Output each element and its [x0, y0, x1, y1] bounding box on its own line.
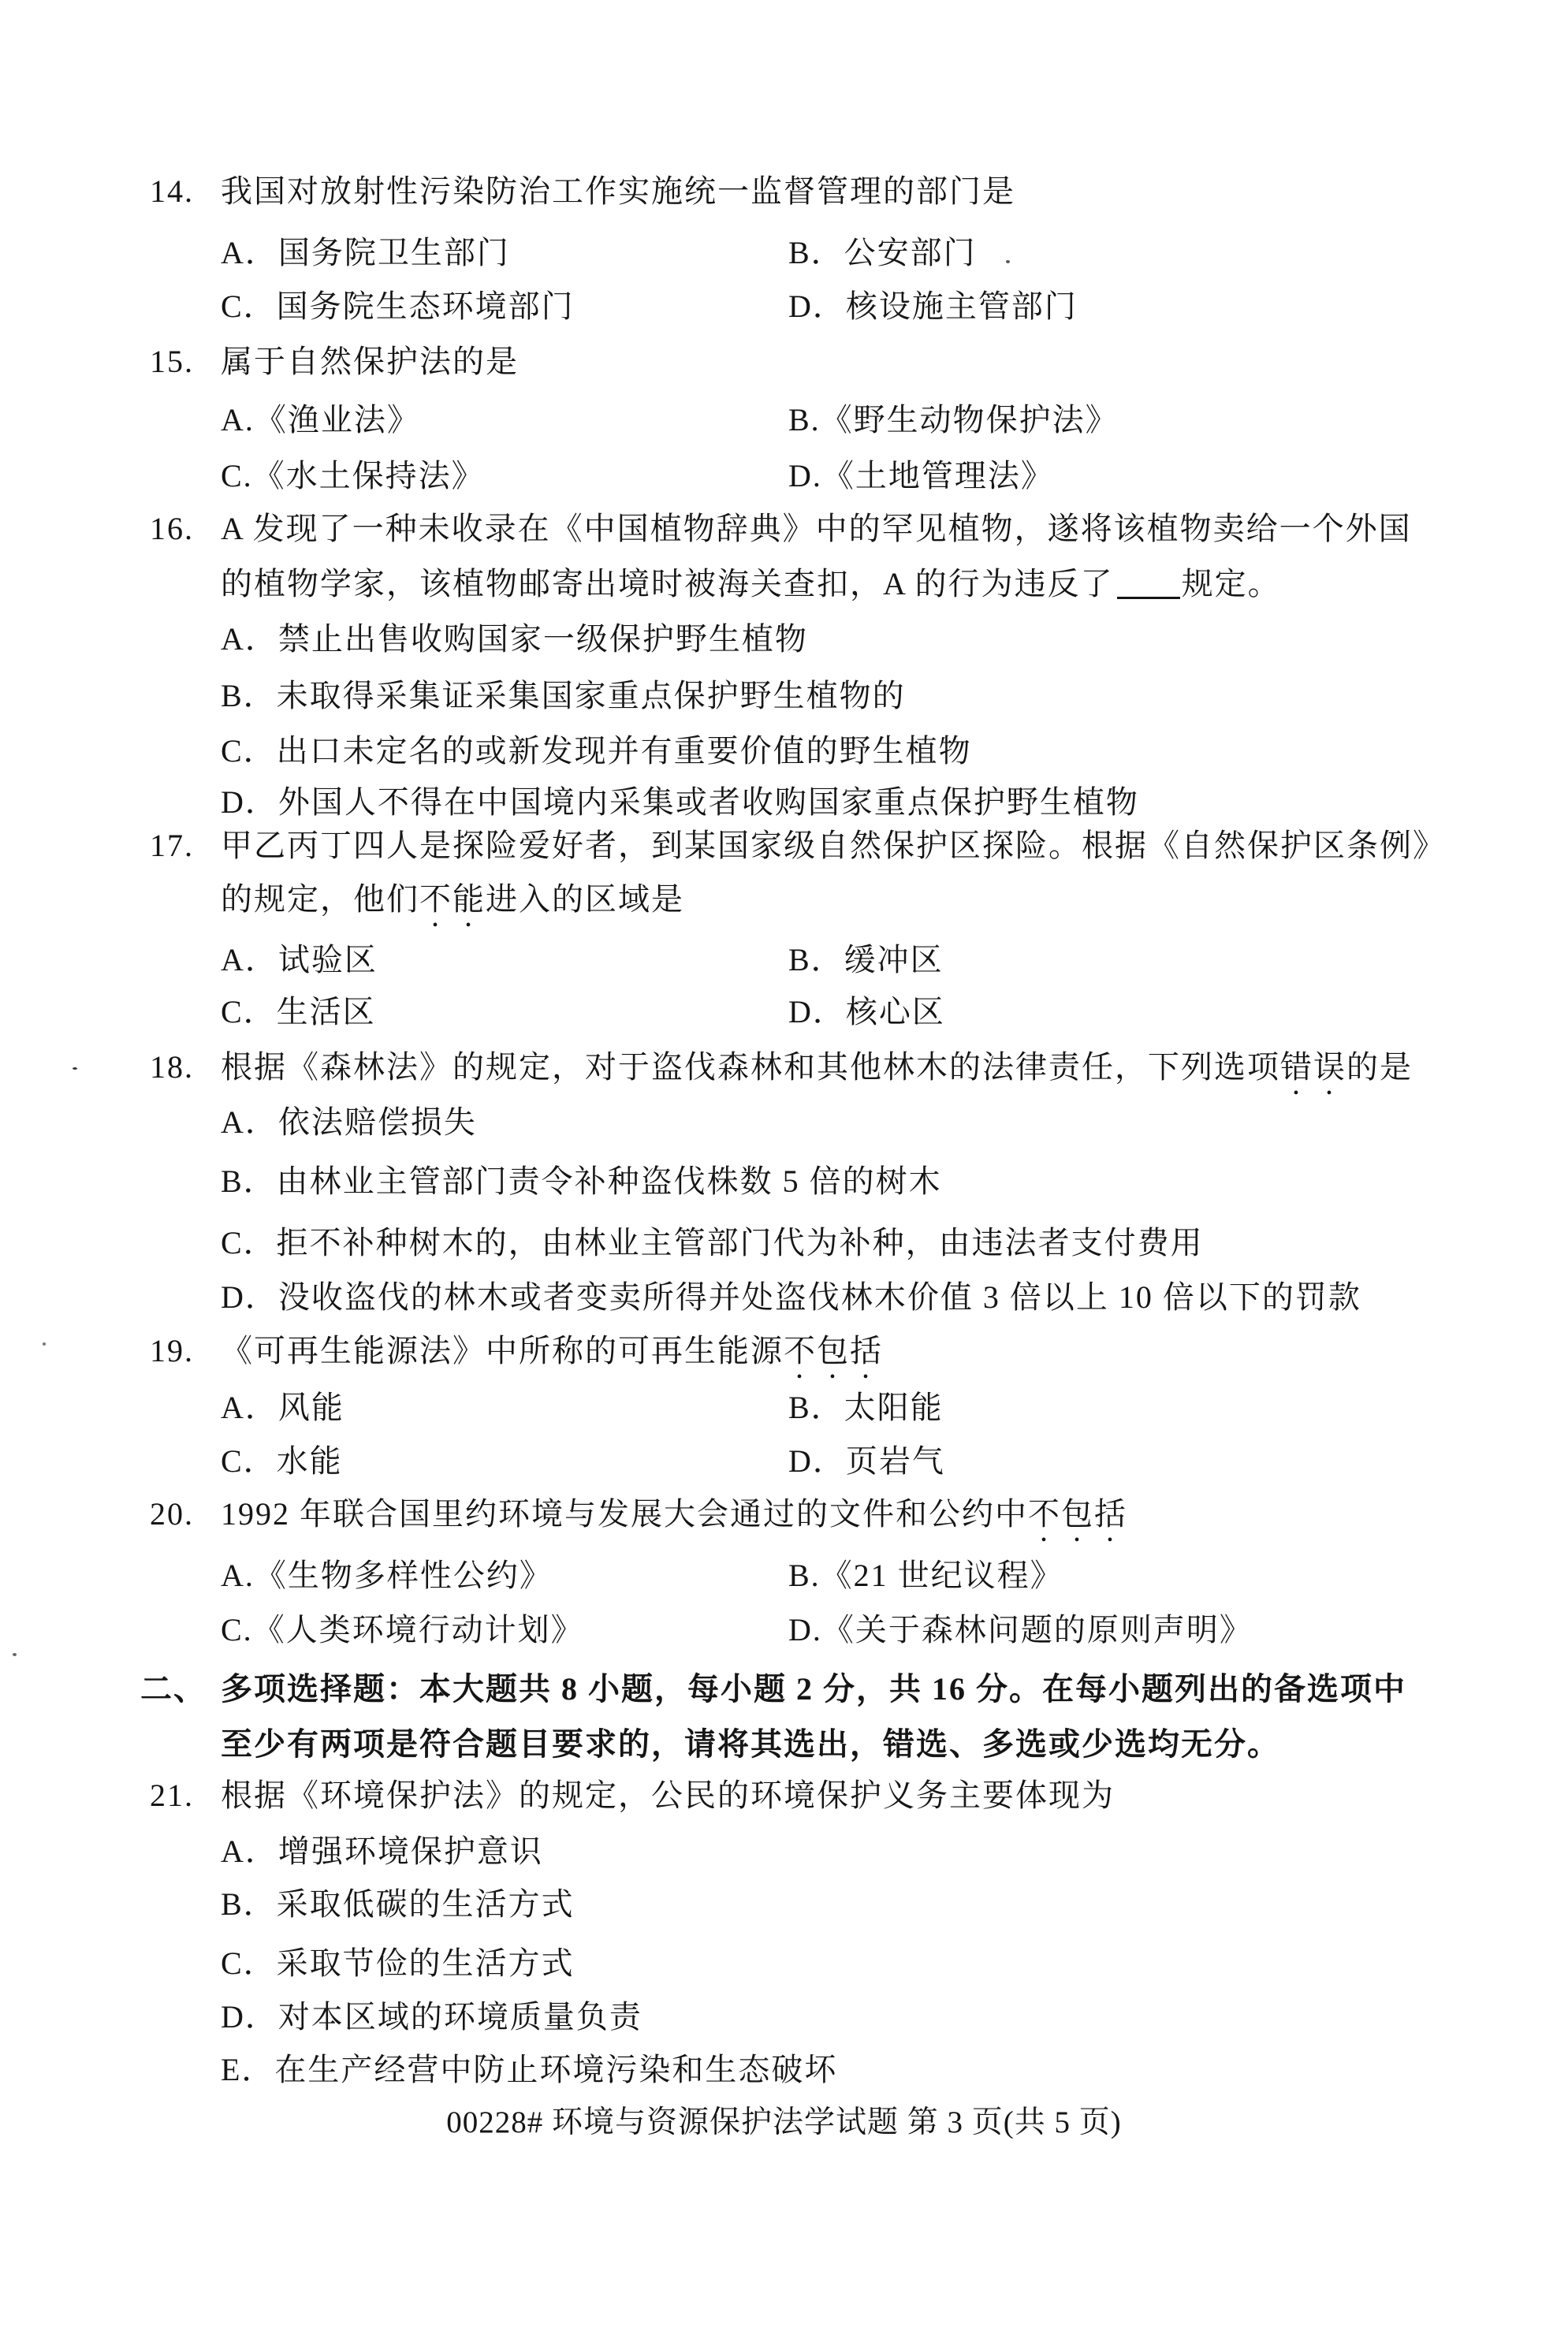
emphasized-text: 错误 [1280, 1049, 1346, 1085]
q19-options-ab-right: B．太阳能 [788, 1388, 944, 1428]
q20-options-cd-left: C.《人类环境行动计划》 [221, 1610, 584, 1650]
q18-option-a: A．依法赔偿损失 [0, 1103, 1568, 1145]
q15-options-ab: A.《渔业法》B.《野生动物保护法》 [0, 400, 1568, 443]
q16-option-b-text: B．未取得采集证采集国家重点保护野生植物的 [221, 676, 906, 716]
q15-options-cd: C.《水土保持法》D.《土地管理法》 [0, 456, 1568, 499]
emphasized-text: 不能 [419, 881, 486, 917]
q16-option-c: C．出口未定名的或新发现并有重要价值的野生植物 [0, 732, 1568, 774]
q16-option-d-text: D．外国人不得在中国境内采集或者收购国家重点保护野生植物 [221, 783, 1139, 822]
q16-option-d: D．外国人不得在中国境内采集或者收购国家重点保护野生植物 [0, 783, 1568, 825]
q19-options-cd: C．水能D．页岩气 [0, 1442, 1568, 1484]
q16-option-b: B．未取得采集证采集国家重点保护野生植物的 [0, 676, 1568, 719]
question-16-line-2-text: 的植物学家，该植物邮寄出境时被海关查扣，A 的行为违反了规定。 [221, 564, 1281, 604]
q18-option-c-text: C．拒不补种树木的，由林业主管部门代为补种，由违法者支付费用 [221, 1223, 1204, 1263]
question-16-line-2: 的植物学家，该植物邮寄出境时被海关查扣，A 的行为违反了规定。 [0, 564, 1568, 607]
q21-option-d-text: D．对本区域的环境质量负责 [221, 1997, 642, 2037]
question-14-number: 14. [150, 172, 194, 211]
q17-options-ab-right: B．缓冲区 [788, 940, 944, 980]
q15-options-cd-left: C.《水土保持法》 [221, 456, 485, 496]
q14-options-cd-left: C．国务院生态环境部门 [221, 287, 575, 326]
question-17-line-2: 的规定，他们不能进入的区域是 [0, 880, 1568, 922]
question-17-line-1-number: 17. [150, 826, 194, 866]
section-2-heading-line-1-text: 多项选择题：本大题共 8 小题，每小题 2 分，共 16 分。在每小题列出的备选… [221, 1670, 1406, 1709]
q21-option-a: A．增强环境保护意识 [0, 1832, 1568, 1874]
q21-option-c-text: C．采取节俭的生活方式 [221, 1944, 575, 1983]
section-2-heading-line-1-number: 二、 [140, 1670, 207, 1709]
q17-options-cd: C．生活区D．核心区 [0, 992, 1568, 1035]
question-14-text: 我国对放射性污染防治工作实施统一监督管理的部门是 [221, 172, 1015, 211]
q21-option-a-text: A．增强环境保护意识 [221, 1832, 543, 1871]
section-2-heading-line-1: 二、多项选择题：本大题共 8 小题，每小题 2 分，共 16 分。在每小题列出的… [0, 1670, 1568, 1712]
question-15: 15.属于自然保护法的是 [0, 342, 1568, 385]
question-20-number: 20. [150, 1495, 194, 1534]
question-18-text: 根据《森林法》的规定，对于盗伐森林和其他林木的法律责任，下列选项错误的是 [221, 1048, 1413, 1102]
question-16-line-1: 16.A 发现了一种未收录在《中国植物辞典》中的罕见植物，遂将该植物卖给一个外国 [0, 509, 1568, 552]
q20-options-ab-right: B.《21 世纪议程》 [788, 1556, 1063, 1595]
q21-option-b: B．采取低碳的生活方式 [0, 1885, 1568, 1927]
q20-options-ab-left: A.《生物多样性公约》 [221, 1556, 553, 1595]
q21-option-e-text: E．在生产经营中防止环境污染和生态破坏 [221, 2050, 837, 2090]
question-16-line-1-number: 16. [150, 509, 194, 549]
scan-speck [43, 1342, 46, 1346]
q21-option-d: D．对本区域的环境质量负责 [0, 1997, 1568, 2040]
q18-option-a-text: A．依法赔偿损失 [221, 1103, 477, 1142]
q18-option-d: D．没收盗伐的林木或者变卖所得并处盗伐林木价值 3 倍以上 10 倍以下的罚款 [0, 1278, 1568, 1320]
scan-speck [13, 1653, 17, 1656]
q15-options-cd-right: D.《土地管理法》 [788, 456, 1054, 496]
q14-options-ab-left: A．国务院卫生部门 [221, 233, 510, 273]
emphasized-text: 不包括 [784, 1333, 883, 1368]
q15-options-ab-left: A.《渔业法》 [221, 400, 420, 440]
section-2-heading-line-2: 至少有两项是符合题目要求的，请将其选出，错选、多选或少选均无分。 [0, 1725, 1568, 1767]
q17-options-cd-right: D．核心区 [788, 992, 945, 1032]
question-20: 20.1992 年联合国里约环境与发展大会通过的文件和公约中不包括 [0, 1495, 1568, 1537]
q16-option-a-text: A．禁止出售收购国家一级保护野生植物 [221, 620, 808, 659]
q16-option-c-text: C．出口未定名的或新发现并有重要价值的野生植物 [221, 732, 972, 771]
question-17-line-2-text: 的规定，他们不能进入的区域是 [221, 880, 684, 934]
q18-option-c: C．拒不补种树木的，由林业主管部门代为补种，由违法者支付费用 [0, 1223, 1568, 1266]
scan-speck [73, 1067, 77, 1070]
q19-options-ab-left: A．风能 [221, 1388, 345, 1428]
q14-options-cd: C．国务院生态环境部门D．核设施主管部门 [0, 287, 1568, 329]
question-18: 18.根据《森林法》的规定，对于盗伐森林和其他林木的法律责任，下列选项错误的是 [0, 1048, 1568, 1090]
q20-options-cd: C.《人类环境行动计划》D.《关于森林问题的原则声明》 [0, 1610, 1568, 1653]
question-19-text: 《可再生能源法》中所称的可再生能源不包括 [221, 1331, 883, 1386]
q21-option-b-text: B．采取低碳的生活方式 [221, 1885, 575, 1924]
q20-options-ab: A.《生物多样性公约》B.《21 世纪议程》 [0, 1556, 1568, 1599]
q21-option-e: E．在生产经营中防止环境污染和生态破坏 [0, 2050, 1568, 2093]
q21-option-c: C．采取节俭的生活方式 [0, 1944, 1568, 1986]
q14-options-ab-right: B．公安部门 [788, 233, 977, 273]
question-19: 19.《可再生能源法》中所称的可再生能源不包括 [0, 1331, 1568, 1374]
exam-page: 14.我国对放射性污染防治工作实施统一监督管理的部门是A．国务院卫生部门B．公安… [0, 0, 1568, 2338]
q19-options-cd-left: C．水能 [221, 1442, 343, 1481]
emphasized-text: 不包括 [1028, 1496, 1127, 1532]
question-17-line-1-text: 甲乙丙丁四人是探险爱好者，到某国家级自然保护区探险。根据《自然保护区条例》 [221, 826, 1446, 866]
q17-options-ab-left: A．试验区 [221, 940, 378, 980]
question-15-number: 15. [150, 342, 194, 382]
section-2-heading-line-2-text: 至少有两项是符合题目要求的，请将其选出，错选、多选或少选均无分。 [221, 1725, 1280, 1764]
q19-options-ab: A．风能B．太阳能 [0, 1388, 1568, 1431]
q14-options-ab: A．国务院卫生部门B．公安部门 [0, 233, 1568, 276]
q17-options-cd-left: C．生活区 [221, 992, 376, 1032]
q14-options-cd-right: D．核设施主管部门 [788, 287, 1078, 326]
question-16-line-1-text: A 发现了一种未收录在《中国植物辞典》中的罕见植物，遂将该植物卖给一个外国 [221, 509, 1412, 549]
q18-option-b: B．由林业主管部门责令补种盗伐株数 5 倍的树木 [0, 1162, 1568, 1204]
question-15-text: 属于自然保护法的是 [221, 342, 519, 382]
question-19-number: 19. [150, 1331, 194, 1371]
fill-in-blank [1117, 597, 1180, 599]
question-21-text: 根据《环境保护法》的规定，公民的环境保护义务主要体现为 [221, 1776, 1115, 1815]
q17-options-ab: A．试验区B．缓冲区 [0, 940, 1568, 983]
q16-option-a: A．禁止出售收购国家一级保护野生植物 [0, 620, 1568, 662]
page-footer: 00228# 环境与资源保护法学试题 第 3 页(共 5 页) [0, 2103, 1568, 2143]
q19-options-cd-right: D．页岩气 [788, 1442, 945, 1481]
scan-speck [1006, 260, 1010, 263]
question-20-text: 1992 年联合国里约环境与发展大会通过的文件和公约中不包括 [221, 1495, 1127, 1549]
question-17-line-1: 17.甲乙丙丁四人是探险爱好者，到某国家级自然保护区探险。根据《自然保护区条例》 [0, 826, 1568, 869]
q20-options-cd-right: D.《关于森林问题的原则声明》 [788, 1610, 1253, 1650]
q18-option-d-text: D．没收盗伐的林木或者变卖所得并处盗伐林木价值 3 倍以上 10 倍以下的罚款 [221, 1278, 1361, 1317]
question-21: 21.根据《环境保护法》的规定，公民的环境保护义务主要体现为 [0, 1776, 1568, 1819]
q15-options-ab-right: B.《野生动物保护法》 [788, 400, 1119, 440]
question-14: 14.我国对放射性污染防治工作实施统一监督管理的部门是 [0, 172, 1568, 214]
question-18-number: 18. [150, 1048, 194, 1087]
question-21-number: 21. [150, 1776, 194, 1815]
q18-option-b-text: B．由林业主管部门责令补种盗伐株数 5 倍的树木 [221, 1162, 942, 1201]
